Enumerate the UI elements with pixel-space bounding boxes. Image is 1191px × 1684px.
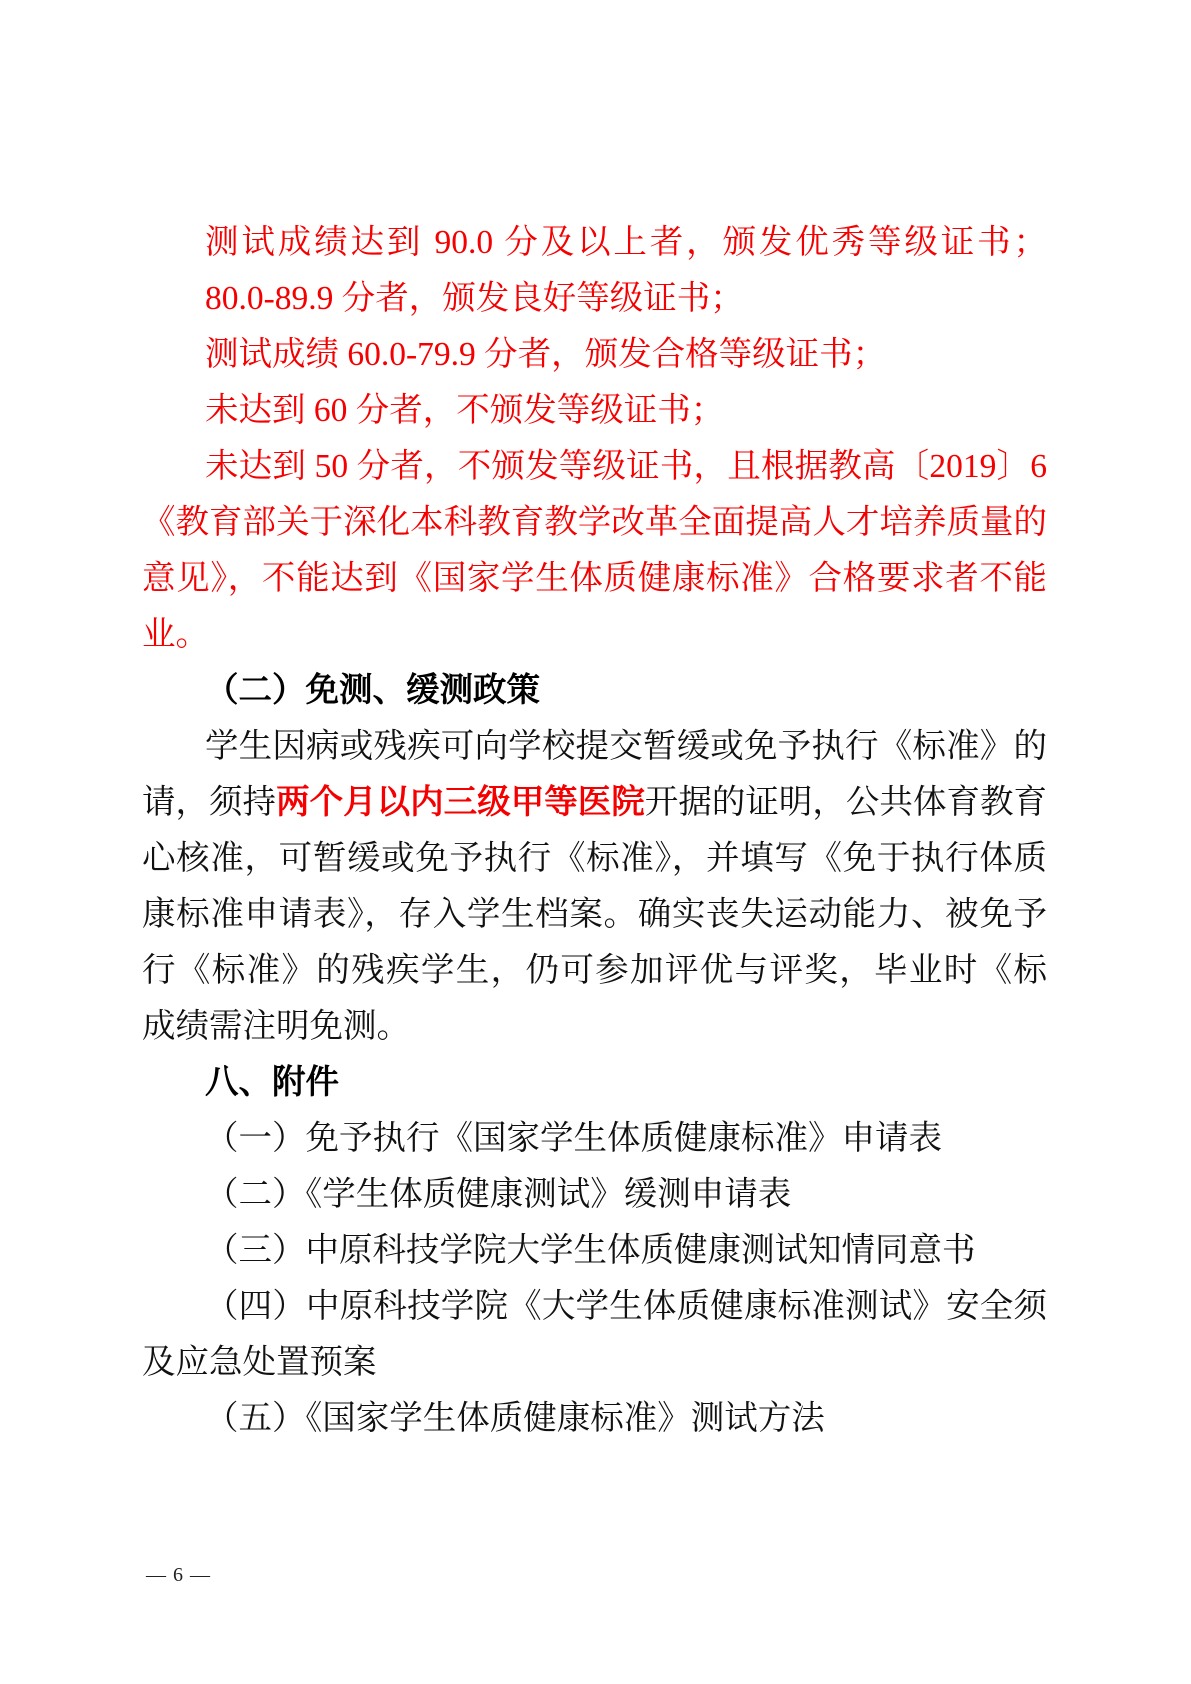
document-line: 意见》，不能达到《国家学生体质健康标准》合格要求者不能毕 bbox=[142, 551, 1047, 607]
document-line: 测试成绩 60.0-79.9 分者，颁发合格等级证书； bbox=[142, 327, 1047, 383]
document-line: 康标准申请表》，存入学生档案。确实丧失运动能力、被免予执 bbox=[142, 887, 1047, 943]
text-run: （五）《国家学生体质健康标准》测试方法 bbox=[205, 1400, 825, 1437]
text-run: 《教育部关于深化本科教育教学改革全面提高人才培养质量的 bbox=[142, 504, 1047, 541]
text-run: 及应急处置预案 bbox=[142, 1344, 377, 1381]
text-run: （三）中原科技学院大学生体质健康测试知情同意书 bbox=[205, 1232, 976, 1269]
text-run: 80.0-89.9 分者，颁发良好等级证书； bbox=[205, 280, 744, 317]
document-line: 未达到 50 分者，不颁发等级证书，且根据教高〔2019〕6 号 bbox=[142, 439, 1047, 495]
attachment-item: 及应急处置预案 bbox=[142, 1335, 1047, 1391]
text-run: 成绩需注明免测。 bbox=[142, 1008, 410, 1045]
attachment-item: （五）《国家学生体质健康标准》测试方法 bbox=[142, 1391, 1047, 1447]
text-run: （一）免予执行《国家学生体质健康标准》申请表 bbox=[205, 1120, 942, 1157]
attachment-item: （三）中原科技学院大学生体质健康测试知情同意书 bbox=[142, 1223, 1047, 1279]
attachment-item: （一）免予执行《国家学生体质健康标准》申请表 bbox=[142, 1111, 1047, 1167]
section-heading: （二）免测、缓测政策 bbox=[142, 663, 1047, 719]
attachment-item: （二）《学生体质健康测试》缓测申请表 bbox=[142, 1167, 1047, 1223]
text-run: （四）中原科技学院《大学生体质健康标准测试》安全须知 bbox=[142, 1288, 1047, 1335]
document-line: 《教育部关于深化本科教育教学改革全面提高人才培养质量的 bbox=[142, 495, 1047, 551]
text-run: 行《标准》的残疾学生，仍可参加评优与评奖，毕业时《标准》 bbox=[142, 952, 1047, 999]
document-line: 80.0-89.9 分者，颁发良好等级证书； bbox=[142, 271, 1047, 327]
text-run: 八、附件 bbox=[205, 1064, 339, 1101]
document-line: 业。 bbox=[142, 607, 1047, 663]
document-line: 请，须持两个月以内三级甲等医院开据的证明，公共体育教育中 bbox=[142, 775, 1047, 831]
text-run: 测试成绩 60.0-79.9 分者，颁发合格等级证书； bbox=[205, 336, 886, 373]
document-line: 心核准，可暂缓或免予执行《标准》，并填写《免于执行体质健 bbox=[142, 831, 1047, 887]
text-run: 未达到 50 分者，不颁发等级证书，且根据教高〔2019〕6 号 bbox=[142, 448, 1047, 495]
document-body: 测试成绩达到 90.0 分及以上者，颁发优秀等级证书；80.0-89.9 分者，… bbox=[142, 215, 1047, 1447]
text-run: 请，须持 bbox=[142, 784, 276, 821]
page-number: — 6 — bbox=[146, 1560, 211, 1590]
highlighted-text: 两个月以内三级甲等医院 bbox=[276, 784, 645, 821]
text-run: （二）《学生体质健康测试》缓测申请表 bbox=[205, 1176, 791, 1213]
text-run: 未达到 60 分者，不颁发等级证书； bbox=[205, 392, 724, 429]
text-run: 测试成绩达到 90.0 分及以上者，颁发优秀等级证书； bbox=[205, 224, 1047, 261]
text-run: （二）免测、缓测政策 bbox=[205, 672, 540, 709]
text-run: 学生因病或残疾可向学校提交暂缓或免予执行《标准》的申 bbox=[142, 728, 1047, 775]
text-run: 康标准申请表》，存入学生档案。确实丧失运动能力、被免予执 bbox=[142, 896, 1047, 943]
document-line: 未达到 60 分者，不颁发等级证书； bbox=[142, 383, 1047, 439]
document-line: 测试成绩达到 90.0 分及以上者，颁发优秀等级证书； bbox=[142, 215, 1047, 271]
document-line: 学生因病或残疾可向学校提交暂缓或免予执行《标准》的申 bbox=[142, 719, 1047, 775]
text-run: 业。 bbox=[142, 616, 209, 653]
attachment-item: （四）中原科技学院《大学生体质健康标准测试》安全须知 bbox=[142, 1279, 1047, 1335]
document-line: 成绩需注明免测。 bbox=[142, 999, 1047, 1055]
text-run: 意见》，不能达到《国家学生体质健康标准》合格要求者不能毕 bbox=[142, 560, 1047, 607]
section-heading: 八、附件 bbox=[142, 1055, 1047, 1111]
document-line: 行《标准》的残疾学生，仍可参加评优与评奖，毕业时《标准》 bbox=[142, 943, 1047, 999]
document-page: 测试成绩达到 90.0 分及以上者，颁发优秀等级证书；80.0-89.9 分者，… bbox=[0, 0, 1191, 1684]
text-run: 心核准，可暂缓或免予执行《标准》，并填写《免于执行体质健 bbox=[142, 840, 1047, 887]
